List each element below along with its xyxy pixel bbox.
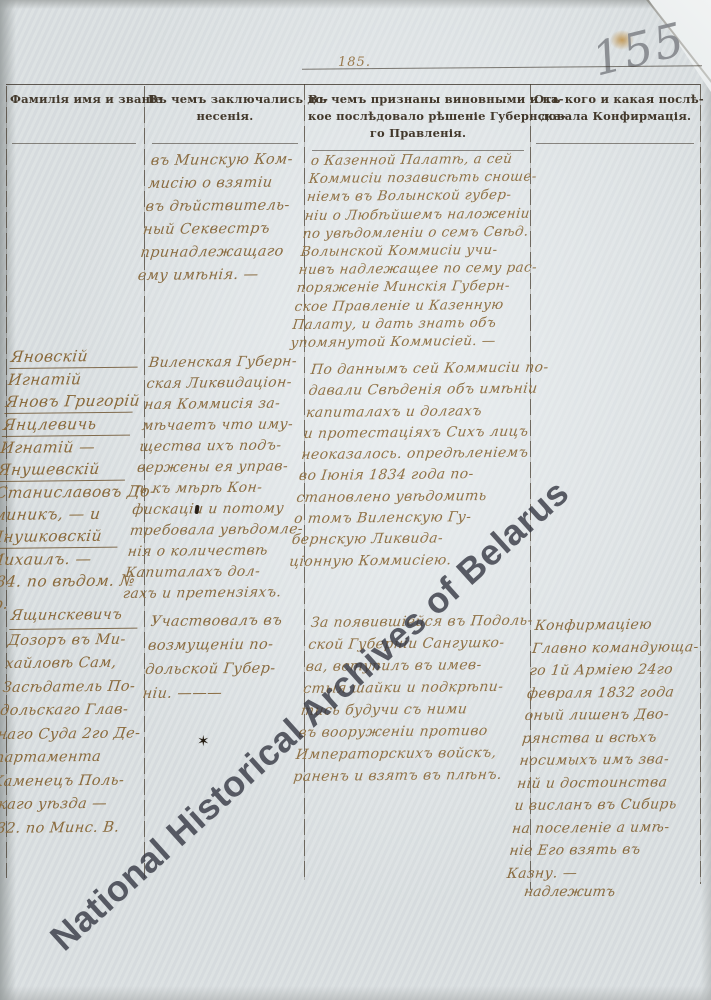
col2-entry-1: въ Минскую Ком-мисію о взятіивъ дѣйствит… — [137, 148, 301, 288]
col2-entry-3: Участвовалъ въвозмущеніи по-дольской Губ… — [141, 608, 300, 706]
header-col-reports: Въ чемъ заключались до-несенія. — [148, 91, 302, 125]
header-col-verdict: Въ чемъ признаны виновными и ка-кое посл… — [308, 91, 528, 142]
table-top-border — [6, 84, 700, 85]
document-page: 155 185. Фамилія имя и званіе Въ чемъ за… — [0, 0, 711, 1000]
header-rule-4 — [536, 143, 694, 144]
ink-star-mark: ✶ — [197, 732, 210, 750]
col4-entry-1: КонфирмаціеюГлавно командующа-го 1й Армі… — [506, 613, 699, 885]
header-rule-1 — [12, 143, 136, 144]
col3-entry-1: о Казенной Палатѣ, а сейКоммисіи позавис… — [290, 150, 525, 352]
col1-entry-2: ЯщинскевичъДозоръ въ Ми-хайловѣ Сам,Засѣ… — [0, 604, 140, 841]
table-right-border — [700, 84, 701, 884]
col1-entry-1: ЯновскійИгнатійЯновъ ГригорійЯнцлевичьИг… — [0, 345, 140, 615]
page-number-pencil: 155 — [587, 11, 691, 86]
col2-entry-2: Виленская Губерн-ская Ликвидаціон-ная Ко… — [122, 351, 300, 605]
header-rule-2 — [152, 143, 298, 144]
catchword: надлежитъ — [523, 884, 616, 900]
header-col-confirmation: Отъ кого и какая послѣ-довала Конфирмаці… — [534, 91, 698, 125]
header-col-name: Фамилія имя и званіе — [10, 91, 140, 108]
